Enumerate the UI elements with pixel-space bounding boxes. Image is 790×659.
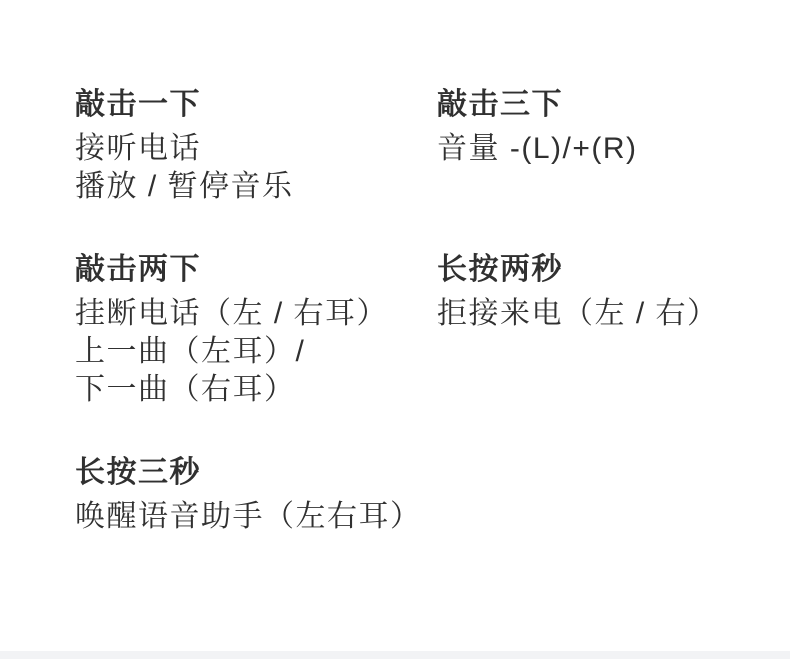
- section-line: 下一曲（右耳）: [75, 371, 437, 409]
- gesture-instructions: 敲击一下 接听电话 播放 / 暂停音乐 敲击三下 音量 -(L)/+(R) 敲击…: [0, 0, 790, 536]
- section-tap-three-times: 敲击三下 音量 -(L)/+(R): [437, 85, 770, 206]
- section-title: 敲击一下: [75, 85, 437, 125]
- section-line: 上一曲（左耳）/: [75, 333, 437, 371]
- section-title: 长按两秒: [437, 250, 770, 290]
- section-tap-twice: 敲击两下 挂断电话（左 / 右耳） 上一曲（左耳）/ 下一曲（右耳）: [75, 250, 437, 409]
- section-line: 音量 -(L)/+(R): [437, 130, 770, 168]
- section-long-press-3s: 长按三秒 唤醒语音助手（左右耳）: [75, 453, 437, 536]
- next-section-edge: [0, 651, 790, 659]
- section-line: 接听电话: [75, 130, 437, 168]
- section-line: 播放 / 暂停音乐: [75, 168, 437, 206]
- section-title: 敲击两下: [75, 250, 437, 290]
- section-long-press-2s: 长按两秒 拒接来电（左 / 右）: [437, 250, 770, 409]
- section-line: 拒接来电（左 / 右）: [437, 295, 770, 333]
- section-line: 唤醒语音助手（左右耳）: [75, 498, 437, 536]
- section-line: 挂断电话（左 / 右耳）: [75, 295, 437, 333]
- section-title: 敲击三下: [437, 85, 770, 125]
- section-tap-once: 敲击一下 接听电话 播放 / 暂停音乐: [75, 85, 437, 206]
- section-title: 长按三秒: [75, 453, 437, 493]
